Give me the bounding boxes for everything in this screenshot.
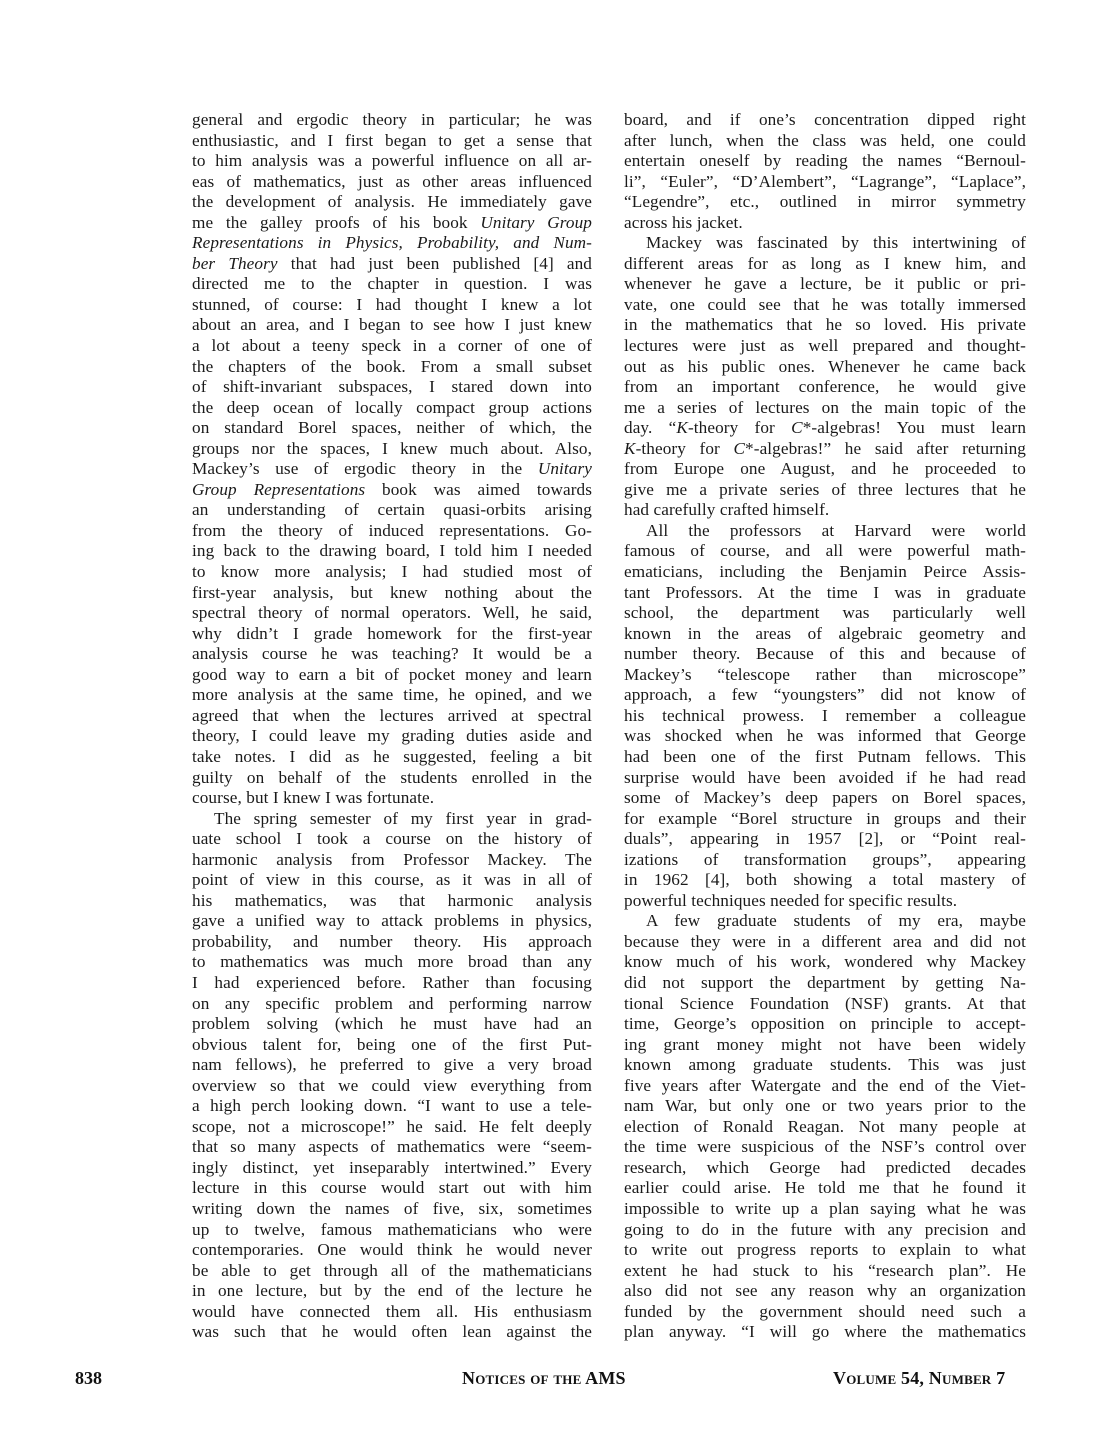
text-line: had been one of the first Putnam fellows… xyxy=(624,747,1026,768)
text-line: gave a unified way to attack problems in… xyxy=(192,911,592,932)
text-line: groups nor the spaces, I knew much about… xyxy=(192,439,592,460)
text-line: that so many aspects of mathematics were… xyxy=(192,1137,592,1158)
text-line: time, George’s opposition on principle t… xyxy=(624,1014,1026,1035)
text-line: good way to earn a bit of pocket money a… xyxy=(192,665,592,686)
text-line: from an important conference, he would g… xyxy=(624,377,1026,398)
text-line: Group Representations book was aimed tow… xyxy=(192,480,592,501)
text-line: vate, one could see that he was totally … xyxy=(624,295,1026,316)
text-line: K-theory for C*-algebras!” he said after… xyxy=(624,439,1026,460)
issue-info: Volume 54, Number 7 xyxy=(833,1368,1005,1389)
text-line: ingly distinct, yet inseparably intertwi… xyxy=(192,1158,592,1179)
text-line: day. “K-theory for C*-algebras! You must… xyxy=(624,418,1026,439)
text-line: research, which George had predicted dec… xyxy=(624,1158,1026,1179)
text-line: in the mathematics that he so loved. His… xyxy=(624,315,1026,336)
text-line: nam War, but only one or two years prior… xyxy=(624,1096,1026,1117)
text-line: tional Science Foundation (NSF) grants. … xyxy=(624,994,1026,1015)
text-line: overview so that we could view everythin… xyxy=(192,1076,592,1097)
text-line: plan anyway. “I will go where the mathem… xyxy=(624,1322,1026,1343)
text-line: All the professors at Harvard were world xyxy=(624,521,1026,542)
journal-title: Notices of the AMS xyxy=(462,1368,626,1389)
text-line: take notes. I did as he suggested, feeli… xyxy=(192,747,592,768)
text-line: from the theory of induced representatio… xyxy=(192,521,592,542)
text-line: to know more analysis; I had studied mos… xyxy=(192,562,592,583)
text-line: had carefully crafted himself. xyxy=(624,500,1026,521)
text-line: because they were in a different area an… xyxy=(624,932,1026,953)
text-line: Mackey’s use of ergodic theory in the Un… xyxy=(192,459,592,480)
text-line: up to twelve, famous mathematicians who … xyxy=(192,1220,592,1241)
text-line: ber Theory that had just been published … xyxy=(192,254,592,275)
text-line: did not support the department by gettin… xyxy=(624,973,1026,994)
text-line: powerful techniques needed for specific … xyxy=(624,891,1026,912)
text-line: would have connected them all. His enthu… xyxy=(192,1302,592,1323)
text-line: ematicians, including the Benjamin Peirc… xyxy=(624,562,1026,583)
text-line: obvious talent for, being one of the fir… xyxy=(192,1035,592,1056)
text-line: give me a private series of three lectur… xyxy=(624,480,1026,501)
text-line: probability, and number theory. His appr… xyxy=(192,932,592,953)
text-line: number theory. Because of this and becau… xyxy=(624,644,1026,665)
text-line: about an area, and I began to see how I … xyxy=(192,315,592,336)
text-line: was shocked when he was informed that Ge… xyxy=(624,726,1026,747)
text-line: why didn’t I grade homework for the firs… xyxy=(192,624,592,645)
text-line: Mackey was fascinated by this intertwini… xyxy=(624,233,1026,254)
text-line: nam fellows), he preferred to give a ver… xyxy=(192,1055,592,1076)
text-line: first-year analysis, but knew nothing ab… xyxy=(192,583,592,604)
text-line: election of Ronald Reagan. Not many peop… xyxy=(624,1117,1026,1138)
text-line: board, and if one’s concentration dipped… xyxy=(624,110,1026,131)
text-line: of shift-invariant subspaces, I stared d… xyxy=(192,377,592,398)
text-line: lectures were just as well prepared and … xyxy=(624,336,1026,357)
text-line: The spring semester of my first year in … xyxy=(192,809,592,830)
text-line: writing down the names of five, six, som… xyxy=(192,1199,592,1220)
text-line: guilty on behalf of the students enrolle… xyxy=(192,768,592,789)
text-line: duals”, appearing in 1957 [2], or “Point… xyxy=(624,829,1026,850)
text-line: the development of analysis. He immediat… xyxy=(192,192,592,213)
text-line: different areas for as long as I knew hi… xyxy=(624,254,1026,275)
text-line: the time were suspicious of the NSF’s co… xyxy=(624,1137,1026,1158)
text-line: his technical prowess. I remember a coll… xyxy=(624,706,1026,727)
text-line: from Europe one August, and he proceeded… xyxy=(624,459,1026,480)
text-line: some of Mackey’s deep papers on Borel sp… xyxy=(624,788,1026,809)
text-line: entertain oneself by reading the names “… xyxy=(624,151,1026,172)
text-line: known among graduate students. This was … xyxy=(624,1055,1026,1076)
text-line: to him analysis was a powerful influence… xyxy=(192,151,592,172)
text-line: more analysis at the same time, he opine… xyxy=(192,685,592,706)
text-line: I had experienced before. Rather than fo… xyxy=(192,973,592,994)
text-line: extent he had stuck to his “research pla… xyxy=(624,1261,1026,1282)
text-line: agreed that when the lectures arrived at… xyxy=(192,706,592,727)
text-line: spectral theory of normal operators. Wel… xyxy=(192,603,592,624)
text-line: point of view in this course, as it was … xyxy=(192,870,592,891)
text-line: to write out progress reports to explain… xyxy=(624,1240,1026,1261)
document-page: general and ergodic theory in particular… xyxy=(0,0,1100,1433)
text-line: know much of his work, wondered why Mack… xyxy=(624,952,1026,973)
text-line: on any specific problem and performing n… xyxy=(192,994,592,1015)
text-line: course, but I knew I was fortunate. xyxy=(192,788,592,809)
text-line: after lunch, when the class was held, on… xyxy=(624,131,1026,152)
text-line: approach, a few “youngsters” did not kno… xyxy=(624,685,1026,706)
text-line: theory, I could leave my grading duties … xyxy=(192,726,592,747)
text-line: directed me to the chapter in question. … xyxy=(192,274,592,295)
page-number: 838 xyxy=(75,1368,102,1389)
text-line: izations of transformation groups”, appe… xyxy=(624,850,1026,871)
left-column: general and ergodic theory in particular… xyxy=(192,110,592,1343)
text-line: stunned, of course: I had thought I knew… xyxy=(192,295,592,316)
text-line: analysis course he was teaching? It woul… xyxy=(192,644,592,665)
text-line: surprise would have been avoided if he h… xyxy=(624,768,1026,789)
text-line: “Legendre”, etc., outlined in mirror sym… xyxy=(624,192,1026,213)
text-line: was such that he would often lean agains… xyxy=(192,1322,592,1343)
text-line: earlier could arise. He told me that he … xyxy=(624,1178,1026,1199)
text-line: contemporaries. One would think he would… xyxy=(192,1240,592,1261)
text-line: his mathematics, was that harmonic analy… xyxy=(192,891,592,912)
text-line: me a series of lectures on the main topi… xyxy=(624,398,1026,419)
right-column: board, and if one’s concentration dipped… xyxy=(624,110,1026,1343)
text-line: scope, not a microscope!” he said. He fe… xyxy=(192,1117,592,1138)
text-line: enthusiastic, and I first began to get a… xyxy=(192,131,592,152)
text-line: ing back to the drawing board, I told hi… xyxy=(192,541,592,562)
text-line: five years after Watergate and the end o… xyxy=(624,1076,1026,1097)
text-line: uate school I took a course on the histo… xyxy=(192,829,592,850)
text-line: eas of mathematics, just as other areas … xyxy=(192,172,592,193)
text-line: ing grant money might not have been wide… xyxy=(624,1035,1026,1056)
text-line: li”, “Euler”, “D’Alembert”, “Lagrange”, … xyxy=(624,172,1026,193)
text-line: a high perch looking down. “I want to us… xyxy=(192,1096,592,1117)
text-line: to mathematics was much more broad than … xyxy=(192,952,592,973)
text-line: me the galley proofs of his book Unitary… xyxy=(192,213,592,234)
text-line: problem solving (which he must have had … xyxy=(192,1014,592,1035)
text-line: tant Professors. At the time I was in gr… xyxy=(624,583,1026,604)
text-line: known in the areas of algebraic geometry… xyxy=(624,624,1026,645)
text-line: harmonic analysis from Professor Mackey.… xyxy=(192,850,592,871)
text-line: be able to get through all of the mathem… xyxy=(192,1261,592,1282)
text-line: across his jacket. xyxy=(624,213,1026,234)
text-line: Representations in Physics, Probability,… xyxy=(192,233,592,254)
text-line: also did not see any reason why an organ… xyxy=(624,1281,1026,1302)
text-line: lecture in this course would start out w… xyxy=(192,1178,592,1199)
text-line: in 1962 [4], both showing a total master… xyxy=(624,870,1026,891)
text-line: Mackey’s “telescope rather than microsco… xyxy=(624,665,1026,686)
text-line: funded by the government should need suc… xyxy=(624,1302,1026,1323)
text-line: for example “Borel structure in groups a… xyxy=(624,809,1026,830)
text-line: famous of course, and all were powerful … xyxy=(624,541,1026,562)
text-line: the chapters of the book. From a small s… xyxy=(192,357,592,378)
text-line: going to do in the future with any preci… xyxy=(624,1220,1026,1241)
text-line: the deep ocean of locally compact group … xyxy=(192,398,592,419)
text-line: an understanding of certain quasi-orbits… xyxy=(192,500,592,521)
text-line: school, the department was particularly … xyxy=(624,603,1026,624)
text-line: whenever he gave a lecture, be it public… xyxy=(624,274,1026,295)
text-line: a lot about a teeny speck in a corner of… xyxy=(192,336,592,357)
text-line: impossible to write up a plan saying wha… xyxy=(624,1199,1026,1220)
text-line: in one lecture, but by the end of the le… xyxy=(192,1281,592,1302)
text-line: on standard Borel spaces, neither of whi… xyxy=(192,418,592,439)
text-line: out as his public ones. Whenever he came… xyxy=(624,357,1026,378)
text-line: general and ergodic theory in particular… xyxy=(192,110,592,131)
text-line: A few graduate students of my era, maybe xyxy=(624,911,1026,932)
